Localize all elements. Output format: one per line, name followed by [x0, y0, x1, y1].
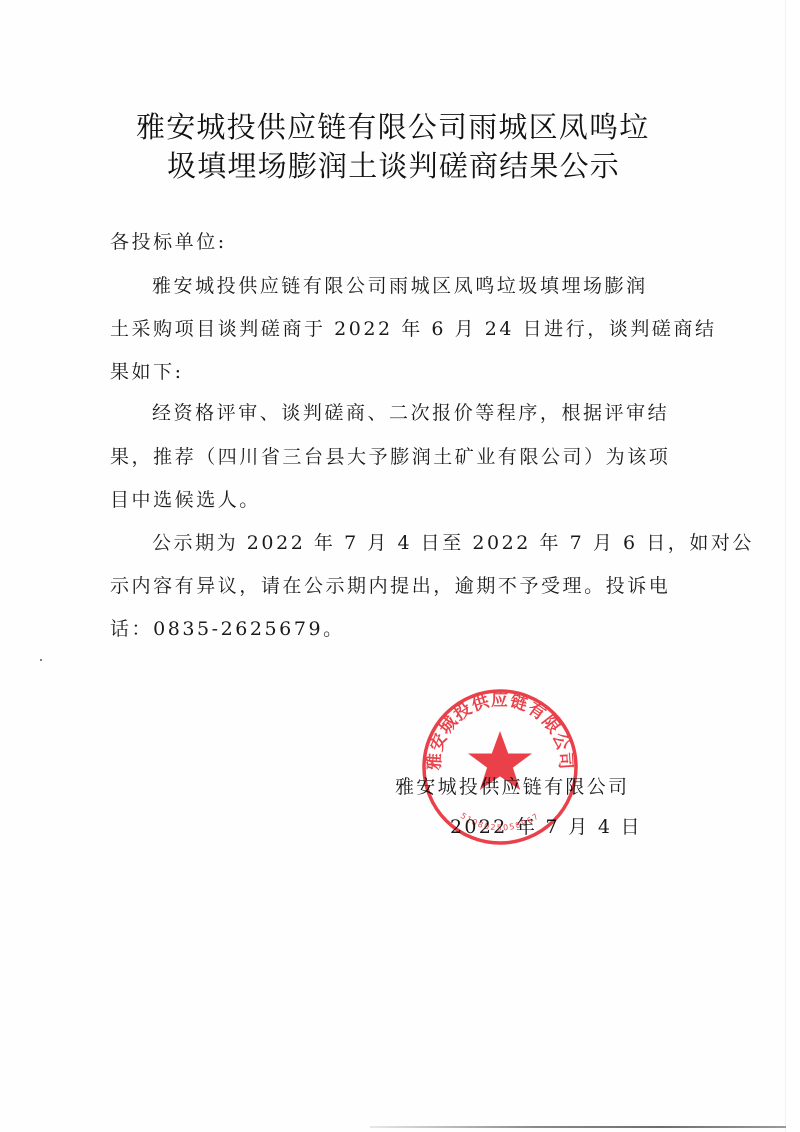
paragraph-1-line-2: 土采购项目谈判磋商于 2022 年 6 月 24 日进行，谈判磋商结	[110, 318, 717, 340]
title-line-1: 雅安城投供应链有限公司雨城区凤鸣垃	[136, 112, 649, 142]
paragraph-3-line-1: 公示期为 2022 年 7 月 4 日至 2022 年 7 月 6 日，如对公	[152, 532, 754, 554]
paragraph-2-line-2: 果，推荐（四川省三台县大予膨润土矿业有限公司）为该项	[110, 446, 670, 468]
title-line-2: 圾填埋场膨润土谈判磋商结果公示	[167, 151, 620, 181]
paragraph-1-line-3: 果如下:	[110, 361, 184, 383]
paragraph-1-line-1: 雅安城投供应链有限公司雨城区凤鸣垃圾填埋场膨润	[152, 275, 648, 297]
scan-edge-right	[785, 0, 786, 1132]
paragraph-2-line-1: 经资格评审、谈判磋商、二次报价等程序，根据评审结	[152, 402, 669, 424]
paragraph-2-line-3: 目中选候选人。	[110, 489, 261, 511]
salutation: 各投标单位:	[110, 231, 227, 253]
paragraph-3-line-3: 话：0835-2625679。	[110, 618, 345, 640]
signature-company: 雅安城投供应链有限公司	[395, 776, 629, 798]
scan-edge-bottom	[370, 1126, 786, 1128]
document-page: 雅安城投供应链有限公司雨城区凤鸣垃 圾填埋场膨润土谈判磋商结果公示 各投标单位:…	[0, 0, 800, 1132]
paragraph-3-line-2: 示内容有异议，请在公示期内提出，逾期不予受理。投诉电	[110, 575, 670, 597]
scan-speck	[40, 659, 42, 661]
signature-date: 2022 年 7 月 4 日	[450, 816, 642, 838]
